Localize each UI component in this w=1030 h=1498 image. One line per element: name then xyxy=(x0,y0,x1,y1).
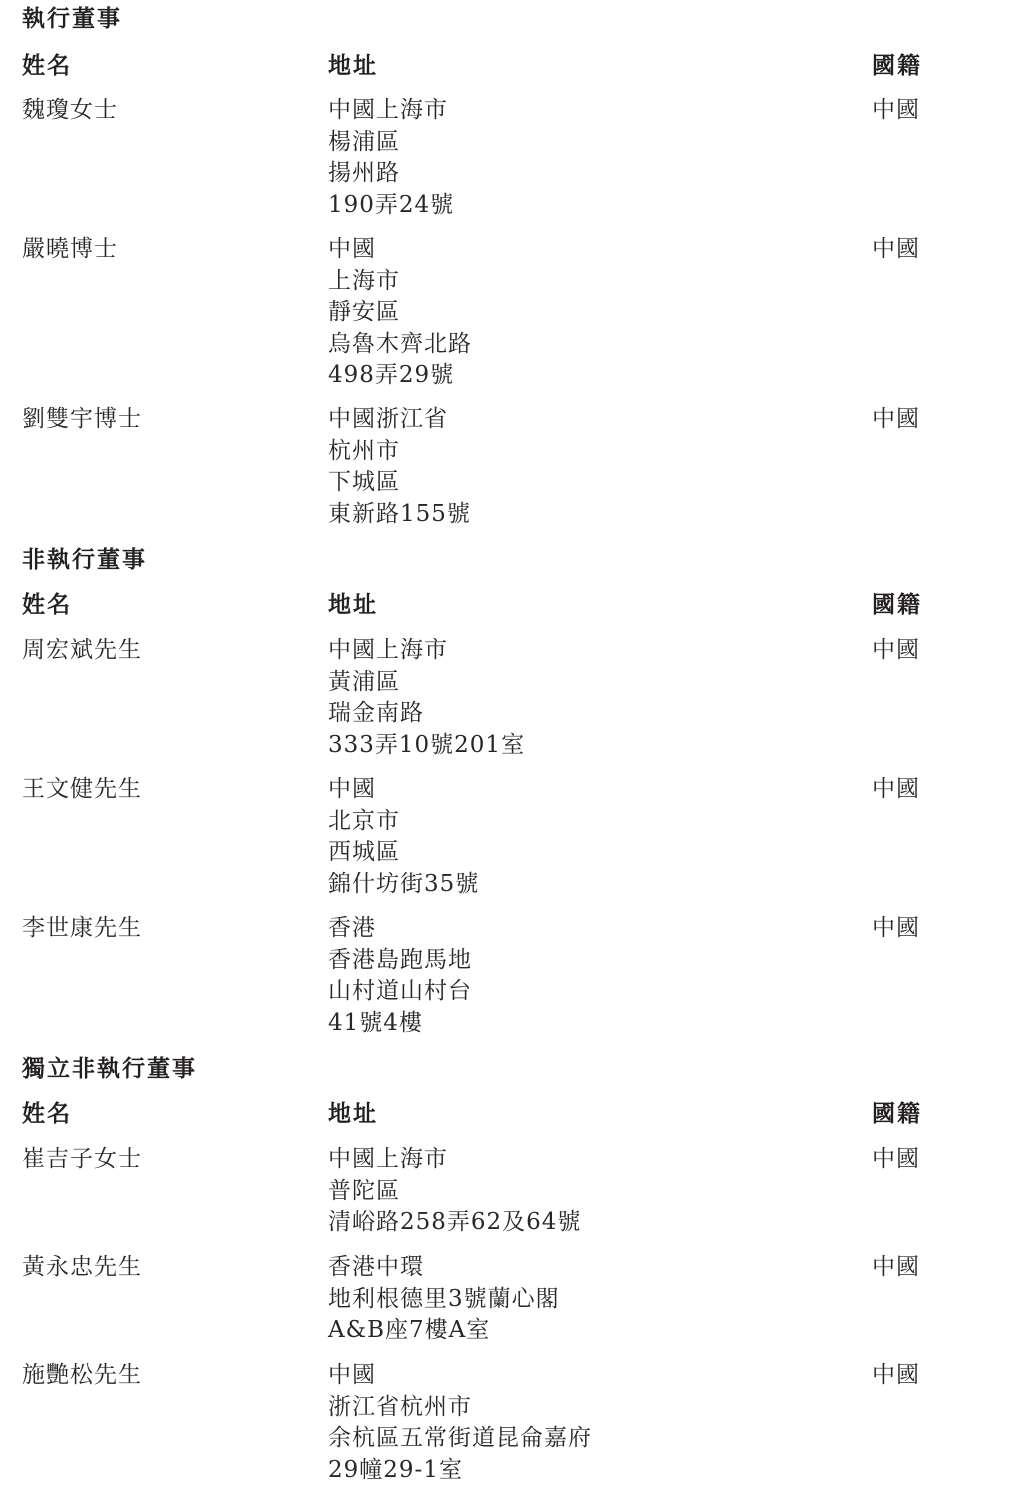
address-line: 錦什坊街35號 xyxy=(328,869,479,901)
director-name: 魏瓊女士 xyxy=(22,95,118,127)
director-address: 中國上海市 楊浦區 揚州路 190弄24號 xyxy=(328,95,454,221)
director-name: 周宏斌先生 xyxy=(22,635,142,667)
address-line: 北京市 xyxy=(328,806,479,838)
address-line: 楊浦區 xyxy=(328,127,454,159)
address-line: 香港島跑馬地 xyxy=(328,945,472,977)
director-address: 中國上海市 黃浦區 瑞金南路 333弄10號201室 xyxy=(328,635,525,761)
address-line: 瑞金南路 xyxy=(328,698,525,730)
section-title-executive-directors: 執行董事 xyxy=(22,4,122,34)
director-nationality: 中國 xyxy=(872,234,920,266)
address-line: 靜安區 xyxy=(328,297,472,329)
header-nationality: 國籍 xyxy=(872,1099,922,1129)
address-line: 西城區 xyxy=(328,837,479,869)
address-line: 清峪路258弄62及64號 xyxy=(328,1207,581,1239)
header-name: 姓名 xyxy=(22,590,72,620)
director-address: 中國 上海市 靜安區 烏魯木齊北路 498弄29號 xyxy=(328,234,472,392)
address-line: 中國上海市 xyxy=(328,635,525,667)
address-line: 333弄10號201室 xyxy=(328,730,525,762)
director-address: 中國上海市 普陀區 清峪路258弄62及64號 xyxy=(328,1144,581,1239)
address-line: 中國 xyxy=(328,774,479,806)
director-name: 崔吉子女士 xyxy=(22,1144,142,1176)
header-address: 地址 xyxy=(328,51,378,81)
address-line: 山村道山村台 xyxy=(328,976,472,1008)
address-line: 普陀區 xyxy=(328,1176,581,1208)
address-line: 中國上海市 xyxy=(328,95,454,127)
director-nationality: 中國 xyxy=(872,774,920,806)
address-line: 190弄24號 xyxy=(328,190,454,222)
director-nationality: 中國 xyxy=(872,913,920,945)
address-line: 41號4樓 xyxy=(328,1008,472,1040)
director-address: 香港 香港島跑馬地 山村道山村台 41號4樓 xyxy=(328,913,472,1039)
address-line: 中國 xyxy=(328,1360,592,1392)
header-nationality: 國籍 xyxy=(872,590,922,620)
director-name: 黃永忠先生 xyxy=(22,1252,142,1284)
director-name: 施艷松先生 xyxy=(22,1360,142,1392)
address-line: A&B座7樓A室 xyxy=(328,1315,560,1347)
director-nationality: 中國 xyxy=(872,404,920,436)
director-address: 中國 浙江省杭州市 余杭區五常街道昆侖嘉府 29幢29-1室 xyxy=(328,1360,592,1486)
address-line: 中國上海市 xyxy=(328,1144,581,1176)
address-line: 中國 xyxy=(328,234,472,266)
director-address: 香港中環 地利根德里3號蘭心閣 A&B座7樓A室 xyxy=(328,1252,560,1347)
address-line: 東新路155號 xyxy=(328,499,471,531)
director-nationality: 中國 xyxy=(872,1360,920,1392)
address-line: 烏魯木齊北路 xyxy=(328,329,472,361)
address-line: 揚州路 xyxy=(328,158,454,190)
header-name: 姓名 xyxy=(22,1099,72,1129)
header-name: 姓名 xyxy=(22,51,72,81)
director-name: 嚴曉博士 xyxy=(22,234,118,266)
director-address: 中國浙江省 杭州市 下城區 東新路155號 xyxy=(328,404,471,530)
director-nationality: 中國 xyxy=(872,1144,920,1176)
director-nationality: 中國 xyxy=(872,635,920,667)
address-line: 香港 xyxy=(328,913,472,945)
director-name: 王文健先生 xyxy=(22,774,142,806)
director-address: 中國 北京市 西城區 錦什坊街35號 xyxy=(328,774,479,900)
address-line: 浙江省杭州市 xyxy=(328,1392,592,1424)
address-line: 498弄29號 xyxy=(328,360,472,392)
director-nationality: 中國 xyxy=(872,95,920,127)
address-line: 29幢29-1室 xyxy=(328,1455,592,1487)
address-line: 杭州市 xyxy=(328,436,471,468)
section-title-non-executive-directors: 非執行董事 xyxy=(22,545,147,575)
address-line: 余杭區五常街道昆侖嘉府 xyxy=(328,1423,592,1455)
address-line: 黃浦區 xyxy=(328,667,525,699)
header-address: 地址 xyxy=(328,590,378,620)
director-name: 劉雙宇博士 xyxy=(22,404,142,436)
section-title-independent-non-executive-directors: 獨立非執行董事 xyxy=(22,1054,197,1084)
address-line: 中國浙江省 xyxy=(328,404,471,436)
address-line: 下城區 xyxy=(328,467,471,499)
director-name: 李世康先生 xyxy=(22,913,142,945)
address-line: 香港中環 xyxy=(328,1252,560,1284)
header-address: 地址 xyxy=(328,1099,378,1129)
address-line: 地利根德里3號蘭心閣 xyxy=(328,1284,560,1316)
director-nationality: 中國 xyxy=(872,1252,920,1284)
address-line: 上海市 xyxy=(328,266,472,298)
header-nationality: 國籍 xyxy=(872,51,922,81)
